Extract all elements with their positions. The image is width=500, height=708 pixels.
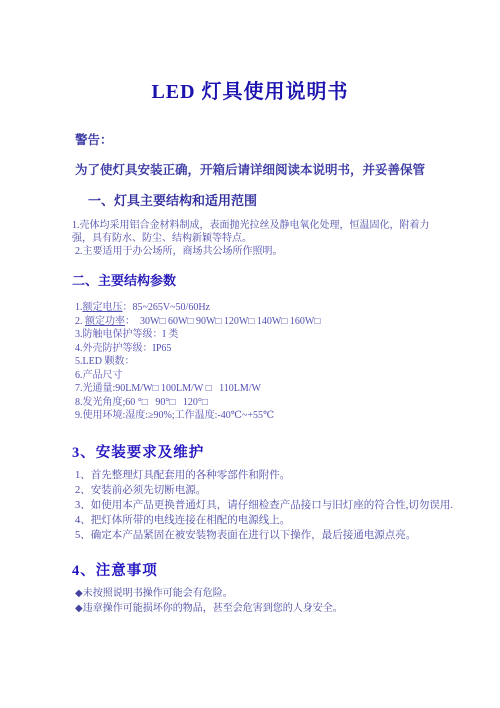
section3-heading: 3、安装要求及维护 — [72, 441, 500, 462]
param-line-luminous-flux: 7.光通量:90LM/W□ 100LM/W □ 110LM/W — [75, 382, 500, 396]
precaution-list: ◆未按照说明书操作可能会有危险。 ◆违章操作可能损坏你的物品，甚至会危害到您的人… — [0, 586, 500, 616]
param-label-underlined: 额定功率 — [85, 316, 125, 327]
installation-step: 4、把灯体所带的电线连接在相配的电源线上。 — [75, 513, 460, 528]
param-number: 1. — [75, 302, 83, 313]
param-label-underlined: 额定电压 — [83, 302, 123, 313]
installation-step: 1、首先整理灯具配套用的各种零部件和附件。 — [75, 468, 460, 483]
param-line-product-size: 6.产品尺寸 — [75, 369, 500, 383]
param-number: 2. — [75, 316, 85, 327]
param-value: ： 30W□ 60W□ 90W□ 120W□ 140W□ 160W□ — [125, 316, 320, 327]
installation-list: 1、首先整理灯具配套用的各种零部件和附件。 2、安装前必须先切断电源。 3、如使… — [0, 468, 500, 543]
param-line-voltage: 1.额定电压：85~265V~50/60Hz — [75, 301, 500, 315]
param-line-led-count: 5.LED 颗数： — [75, 355, 500, 369]
precaution-item: ◆未按照说明书操作可能会有危险。 — [75, 586, 460, 601]
section2-heading: 二、主要结构参数 — [72, 270, 500, 289]
parameter-list: 1.额定电压：85~265V~50/60Hz 2. 额定功率： 30W□ 60W… — [0, 301, 500, 423]
section1-paragraph-1: 1.壳体均采用铝合金材料制成，表面抛光拉丝及静电氧化处理，恒温固化，附着力强，具… — [72, 219, 445, 245]
document-page: LED 灯具使用说明书 警告： 为了使灯具安装正确，开箱后请详细阅读本说明书，并… — [0, 0, 500, 708]
warning-intro-text: 为了使灯具安装正确，开箱后请详细阅读本说明书，并妥善保管 — [75, 160, 460, 178]
param-value: ：85~265V~50/60Hz — [123, 302, 210, 313]
section1-paragraph-2: 2.主要适用于办公场所，商场共公场所作照明。 — [75, 245, 445, 258]
document-title: LED 灯具使用说明书 — [0, 75, 500, 104]
section4-heading: 4、注意事项 — [72, 559, 500, 580]
param-line-protection-class: 3.防触电保护等级：I 类 — [75, 328, 500, 342]
warning-label: 警告： — [75, 130, 500, 148]
installation-step: 5、确定本产品紧固在被安装物表面在进行以下操作，最后接通电源点亮。 — [75, 528, 460, 543]
precaution-item: ◆违章操作可能损坏你的物品，甚至会危害到您的人身安全。 — [75, 601, 460, 616]
param-line-ip-rating: 4.外壳防护等级：IP65 — [75, 342, 500, 356]
param-line-environment: 9.使用环境:湿度:≥90%;工作温度:-40℃~+55℃ — [75, 409, 500, 423]
param-line-power: 2. 额定功率： 30W□ 60W□ 90W□ 120W□ 140W□ 160W… — [75, 315, 500, 329]
installation-step: 2、安装前必须先切断电源。 — [75, 483, 460, 498]
section1-heading: 一、灯具主要结构和适用范围 — [88, 190, 500, 209]
param-line-beam-angle: 8.发光角度;60 °□ 90°□ 120°□ — [75, 396, 500, 410]
installation-step: 3、如使用本产品更换普通灯具，请仔细检查产品接口与旧灯座的符合性,切勿误用. — [75, 498, 460, 513]
